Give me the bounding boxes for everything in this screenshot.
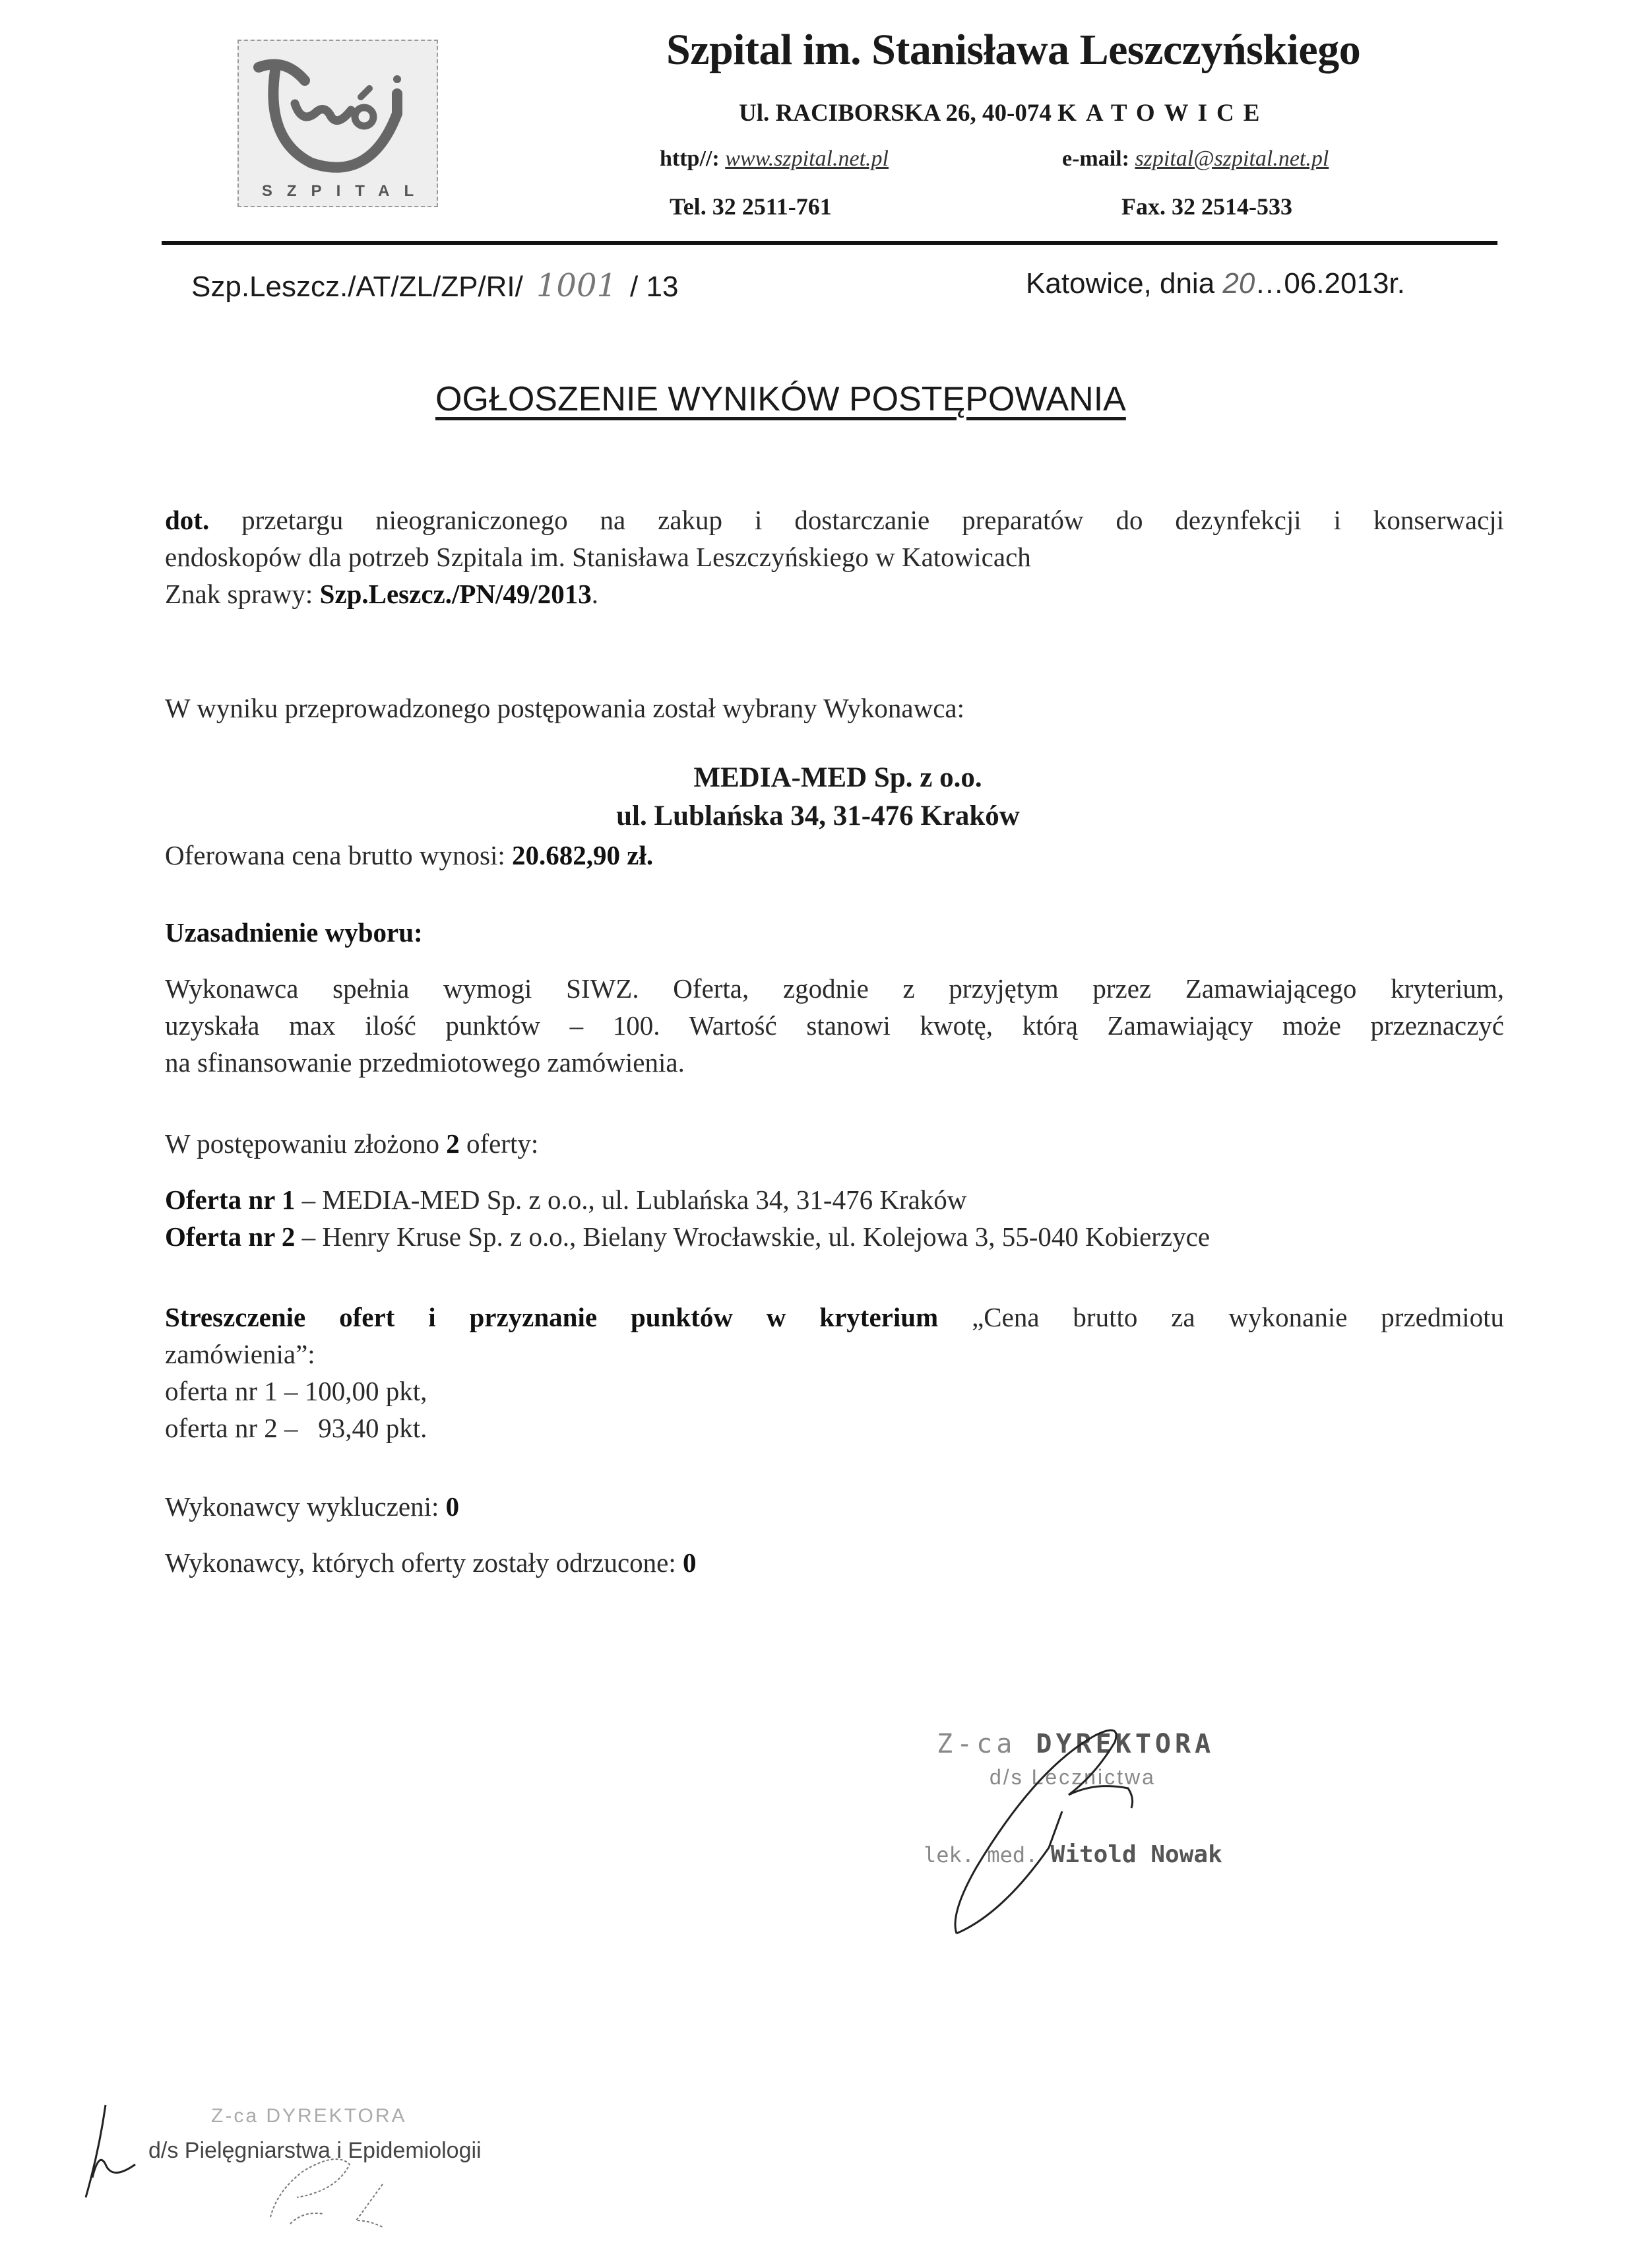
reference-number: Szp.Leszcz./AT/ZL/ZP/RI/1001/ 13 bbox=[191, 267, 678, 304]
rejected-value: 0 bbox=[683, 1547, 697, 1578]
offer-text: – MEDIA-MED Sp. z o.o., ul. Lublańska 34… bbox=[295, 1184, 966, 1215]
summary-heading-rest: „Cena brutto za wykonanie przedmiotu bbox=[972, 1302, 1504, 1332]
address-street: Ul. RACIBORSKA 26, 40-074 bbox=[739, 100, 1052, 127]
offer-label: Oferta nr 1 bbox=[165, 1184, 295, 1215]
justification-line-1: Wykonawca spełnia wymogi SIWZ. Oferta, z… bbox=[165, 970, 1504, 1007]
case-end: . bbox=[592, 579, 598, 609]
director-signature-icon bbox=[937, 1716, 1267, 1953]
justification-heading: Uzasadnienie wyboru: bbox=[165, 914, 423, 951]
website-label: http//: bbox=[660, 146, 720, 171]
hospital-logo: SZPITAL bbox=[237, 40, 438, 207]
hospital-website: http//: www.szpital.net.pl bbox=[660, 146, 889, 172]
justification-paragraph: Wykonawca spełnia wymogi SIWZ. Oferta, z… bbox=[165, 970, 1504, 1081]
subject-line-2: endoskopów dla potrzeb Szpitala im. Stan… bbox=[165, 542, 1031, 572]
winner-name: MEDIA-MED Sp. z o.o. bbox=[40, 759, 1636, 797]
offer-text: – Henry Kruse Sp. z o.o., Bielany Wrocła… bbox=[295, 1221, 1210, 1252]
offers-count-value: 2 bbox=[446, 1128, 460, 1159]
excluded-value: 0 bbox=[446, 1491, 460, 1522]
offers-count-prefix: W postępowaniu złożono bbox=[165, 1128, 439, 1159]
excluded-label: Wykonawcy wykluczeni: bbox=[165, 1491, 439, 1522]
subject-lead: dot. bbox=[165, 505, 209, 535]
hospital-fax: Fax. 32 2514-533 bbox=[1121, 193, 1292, 220]
document-date: Katowice, dnia 20…06.2013r. bbox=[1026, 267, 1405, 300]
offers-count-suffix: oferty: bbox=[466, 1128, 538, 1159]
list-item: Oferta nr 2 – Henry Kruse Sp. z o.o., Bi… bbox=[165, 1218, 1210, 1255]
hospital-email: e-mail: szpital@szpital.net.pl bbox=[1062, 146, 1329, 172]
justification-heading-text: Uzasadnienie wyboru: bbox=[165, 917, 423, 948]
offered-price: Oferowana cena brutto wynosi: 20.682,90 … bbox=[165, 837, 653, 874]
case-label: Znak sprawy: bbox=[165, 579, 313, 609]
reference-suffix: / 13 bbox=[630, 271, 678, 303]
score-item: oferta nr 2 – 93,40 pkt. bbox=[165, 1413, 427, 1443]
email-link[interactable]: szpital@szpital.net.pl bbox=[1135, 146, 1329, 171]
reference-prefix: Szp.Leszcz./AT/ZL/ZP/RI/ bbox=[191, 271, 523, 303]
result-intro: W wyniku przeprowadzonego postępowania z… bbox=[165, 690, 964, 727]
hospital-address: Ul. RACIBORSKA 26, 40-074 KATOWICE bbox=[739, 99, 1269, 127]
rejected-offers: Wykonawcy, których oferty zostały odrzuc… bbox=[165, 1544, 697, 1581]
summary-heading: Streszczenie ofert i przyznanie punktów … bbox=[165, 1302, 938, 1332]
address-city: KATOWICE bbox=[1057, 100, 1269, 127]
twoj-szpital-logo-icon bbox=[239, 41, 437, 206]
letterhead-divider bbox=[162, 241, 1497, 245]
logo-caption: SZPITAL bbox=[239, 182, 437, 201]
price-label: Oferowana cena brutto wynosi: bbox=[165, 840, 505, 870]
handwritten-reference: 1001 bbox=[523, 267, 630, 304]
date-prefix: Katowice, dnia bbox=[1026, 267, 1214, 300]
date-suffix: …06.2013r. bbox=[1255, 267, 1405, 300]
subject-line-1: przetargu nieograniczonego na zakup i do… bbox=[241, 505, 1504, 535]
nurse-signature-icon bbox=[73, 2098, 495, 2250]
price-value: 20.682,90 zł. bbox=[512, 840, 653, 870]
list-item: Oferta nr 1 – MEDIA-MED Sp. z o.o., ul. … bbox=[165, 1181, 1210, 1218]
rejected-label: Wykonawcy, których oferty zostały odrzuc… bbox=[165, 1547, 676, 1578]
justification-line-3: na sfinansowanie przedmiotowego zamówien… bbox=[165, 1047, 685, 1078]
offers-list: Oferta nr 1 – MEDIA-MED Sp. z o.o., ul. … bbox=[165, 1181, 1210, 1255]
winner-block: MEDIA-MED Sp. z o.o. ul. Lublańska 34, 3… bbox=[0, 759, 1636, 835]
score-item: oferta nr 1 – 100,00 pkt, bbox=[165, 1376, 427, 1406]
email-label: e-mail: bbox=[1062, 146, 1129, 171]
offers-count: W postępowaniu złożono 2 oferty: bbox=[165, 1125, 538, 1162]
page-title: OGŁOSZENIE WYNIKÓW POSTĘPOWANIA bbox=[435, 379, 1126, 419]
winner-address: ul. Lublańska 34, 31-476 Kraków bbox=[0, 797, 1636, 835]
scores-summary: Streszczenie ofert i przyznanie punktów … bbox=[165, 1299, 1504, 1446]
excluded-contractors: Wykonawcy wykluczeni: 0 bbox=[165, 1488, 459, 1525]
justification-line-2: uzyskała max ilość punktów – 100. Wartoś… bbox=[165, 1007, 1504, 1044]
subject-paragraph: dot. przetargu nieograniczonego na zakup… bbox=[165, 502, 1504, 612]
website-link[interactable]: www.szpital.net.pl bbox=[725, 146, 889, 171]
case-number: Szp.Leszcz./PN/49/2013 bbox=[320, 579, 592, 609]
summary-heading-line-2: zamówienia”: bbox=[165, 1339, 315, 1369]
hospital-name: Szpital im. Stanisława Leszczyńskiego bbox=[666, 25, 1360, 75]
offer-label: Oferta nr 2 bbox=[165, 1221, 295, 1252]
handwritten-day: 20 bbox=[1222, 267, 1255, 300]
hospital-phone: Tel. 32 2511-761 bbox=[670, 193, 832, 220]
